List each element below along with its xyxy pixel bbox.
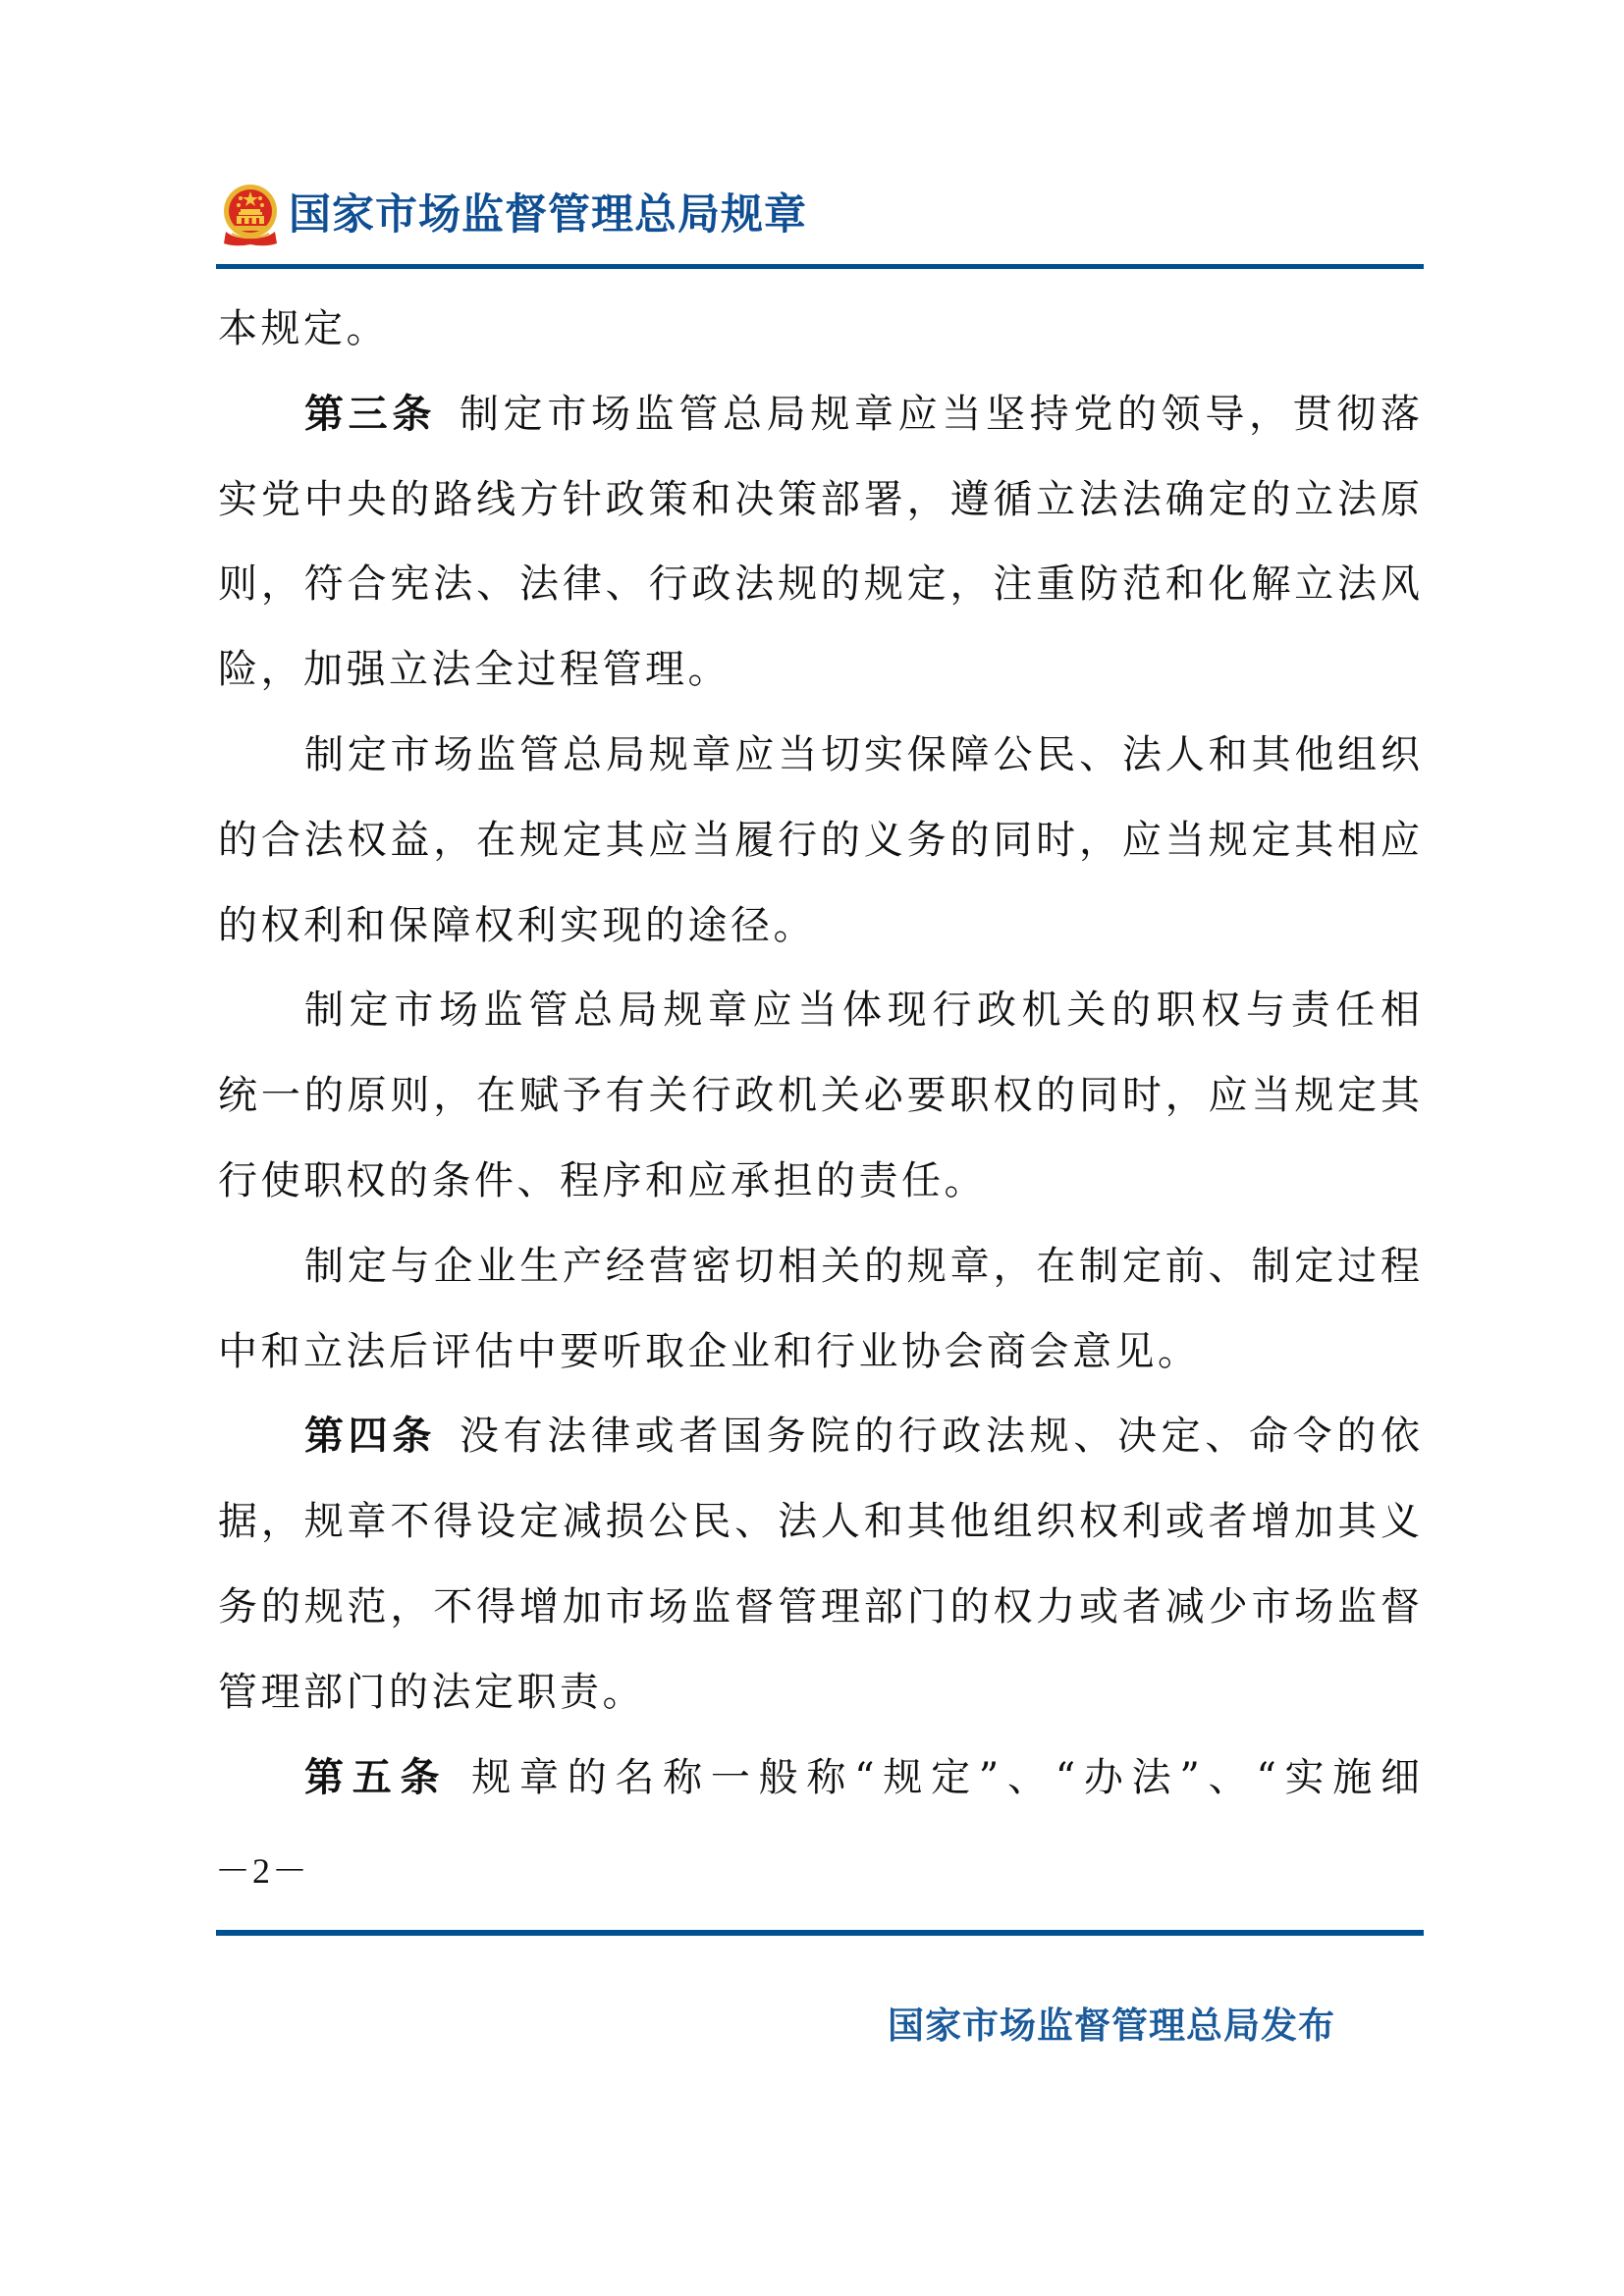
footer-divider [216,1930,1424,1936]
text-line: 统一的原则，在赋予有关行政机关必要职权的同时，应当规定其 [218,1053,1420,1139]
paragraph-first-line: 制定市场监管总局规章应当切实保障公民、法人和其他组织 [218,713,1420,798]
text-line: 据，规章不得设定减损公民、法人和其他组织权利或者增加其义 [218,1479,1420,1565]
text-line: 的权利和保障权利实现的途径。 [218,883,1420,969]
document-header: 国家市场监督管理总局规章 [222,183,807,247]
national-emblem-icon [222,183,279,247]
text-line: 的合法权益，在规定其应当履行的义务的同时，应当规定其相应 [218,798,1420,883]
text-line: 则，符合宪法、法律、行政法规的规定，注重防范和化解立法风 [218,542,1420,627]
article-number: 第五条 [304,1755,448,1800]
text-line: 管理部门的法定职责。 [218,1650,1420,1735]
article-number: 第四条 [304,1414,436,1459]
text-line: 实党中央的路线方针政策和决策部署，遵循立法法确定的立法原 [218,457,1420,543]
document-body: 本规定。 第三条制定市场监管总局规章应当坚持党的领导，贯彻落 实党中央的路线方针… [218,287,1420,1820]
page-number: －2－ [215,1849,309,1893]
document-page: 国家市场监督管理总局规章 本规定。 第三条制定市场监管总局规章应当坚持党的领导，… [0,0,1624,2296]
text-line: 本规定。 [218,287,1420,372]
text-line: 务的规范，不得增加市场监督管理部门的权力或者减少市场监督 [218,1565,1420,1650]
paragraph-first-line: 制定与企业生产经营密切相关的规章，在制定前、制定过程 [218,1224,1420,1309]
header-title: 国家市场监督管理总局规章 [289,191,807,239]
text-line: 险，加强立法全过程管理。 [218,627,1420,713]
text-line: 行使职权的条件、程序和应承担的责任。 [218,1139,1420,1224]
paragraph-first-line: 制定市场监管总局规章应当体现行政机关的职权与责任相 [218,968,1420,1053]
publisher-label: 国家市场监督管理总局发布 [888,2002,1335,2050]
text-line: 中和立法后评估中要听取企业和行业协会商会意见。 [218,1309,1420,1395]
article-3-first-line: 第三条制定市场监管总局规章应当坚持党的领导，贯彻落 [218,372,1420,457]
article-number: 第三条 [304,392,436,437]
article-5-first-line: 第五条规章的名称一般称“规定”、“办法”、“实施细 [218,1735,1420,1821]
header-divider [216,264,1424,269]
article-4-first-line: 第四条没有法律或者国务院的行政法规、决定、命令的依 [218,1394,1420,1479]
